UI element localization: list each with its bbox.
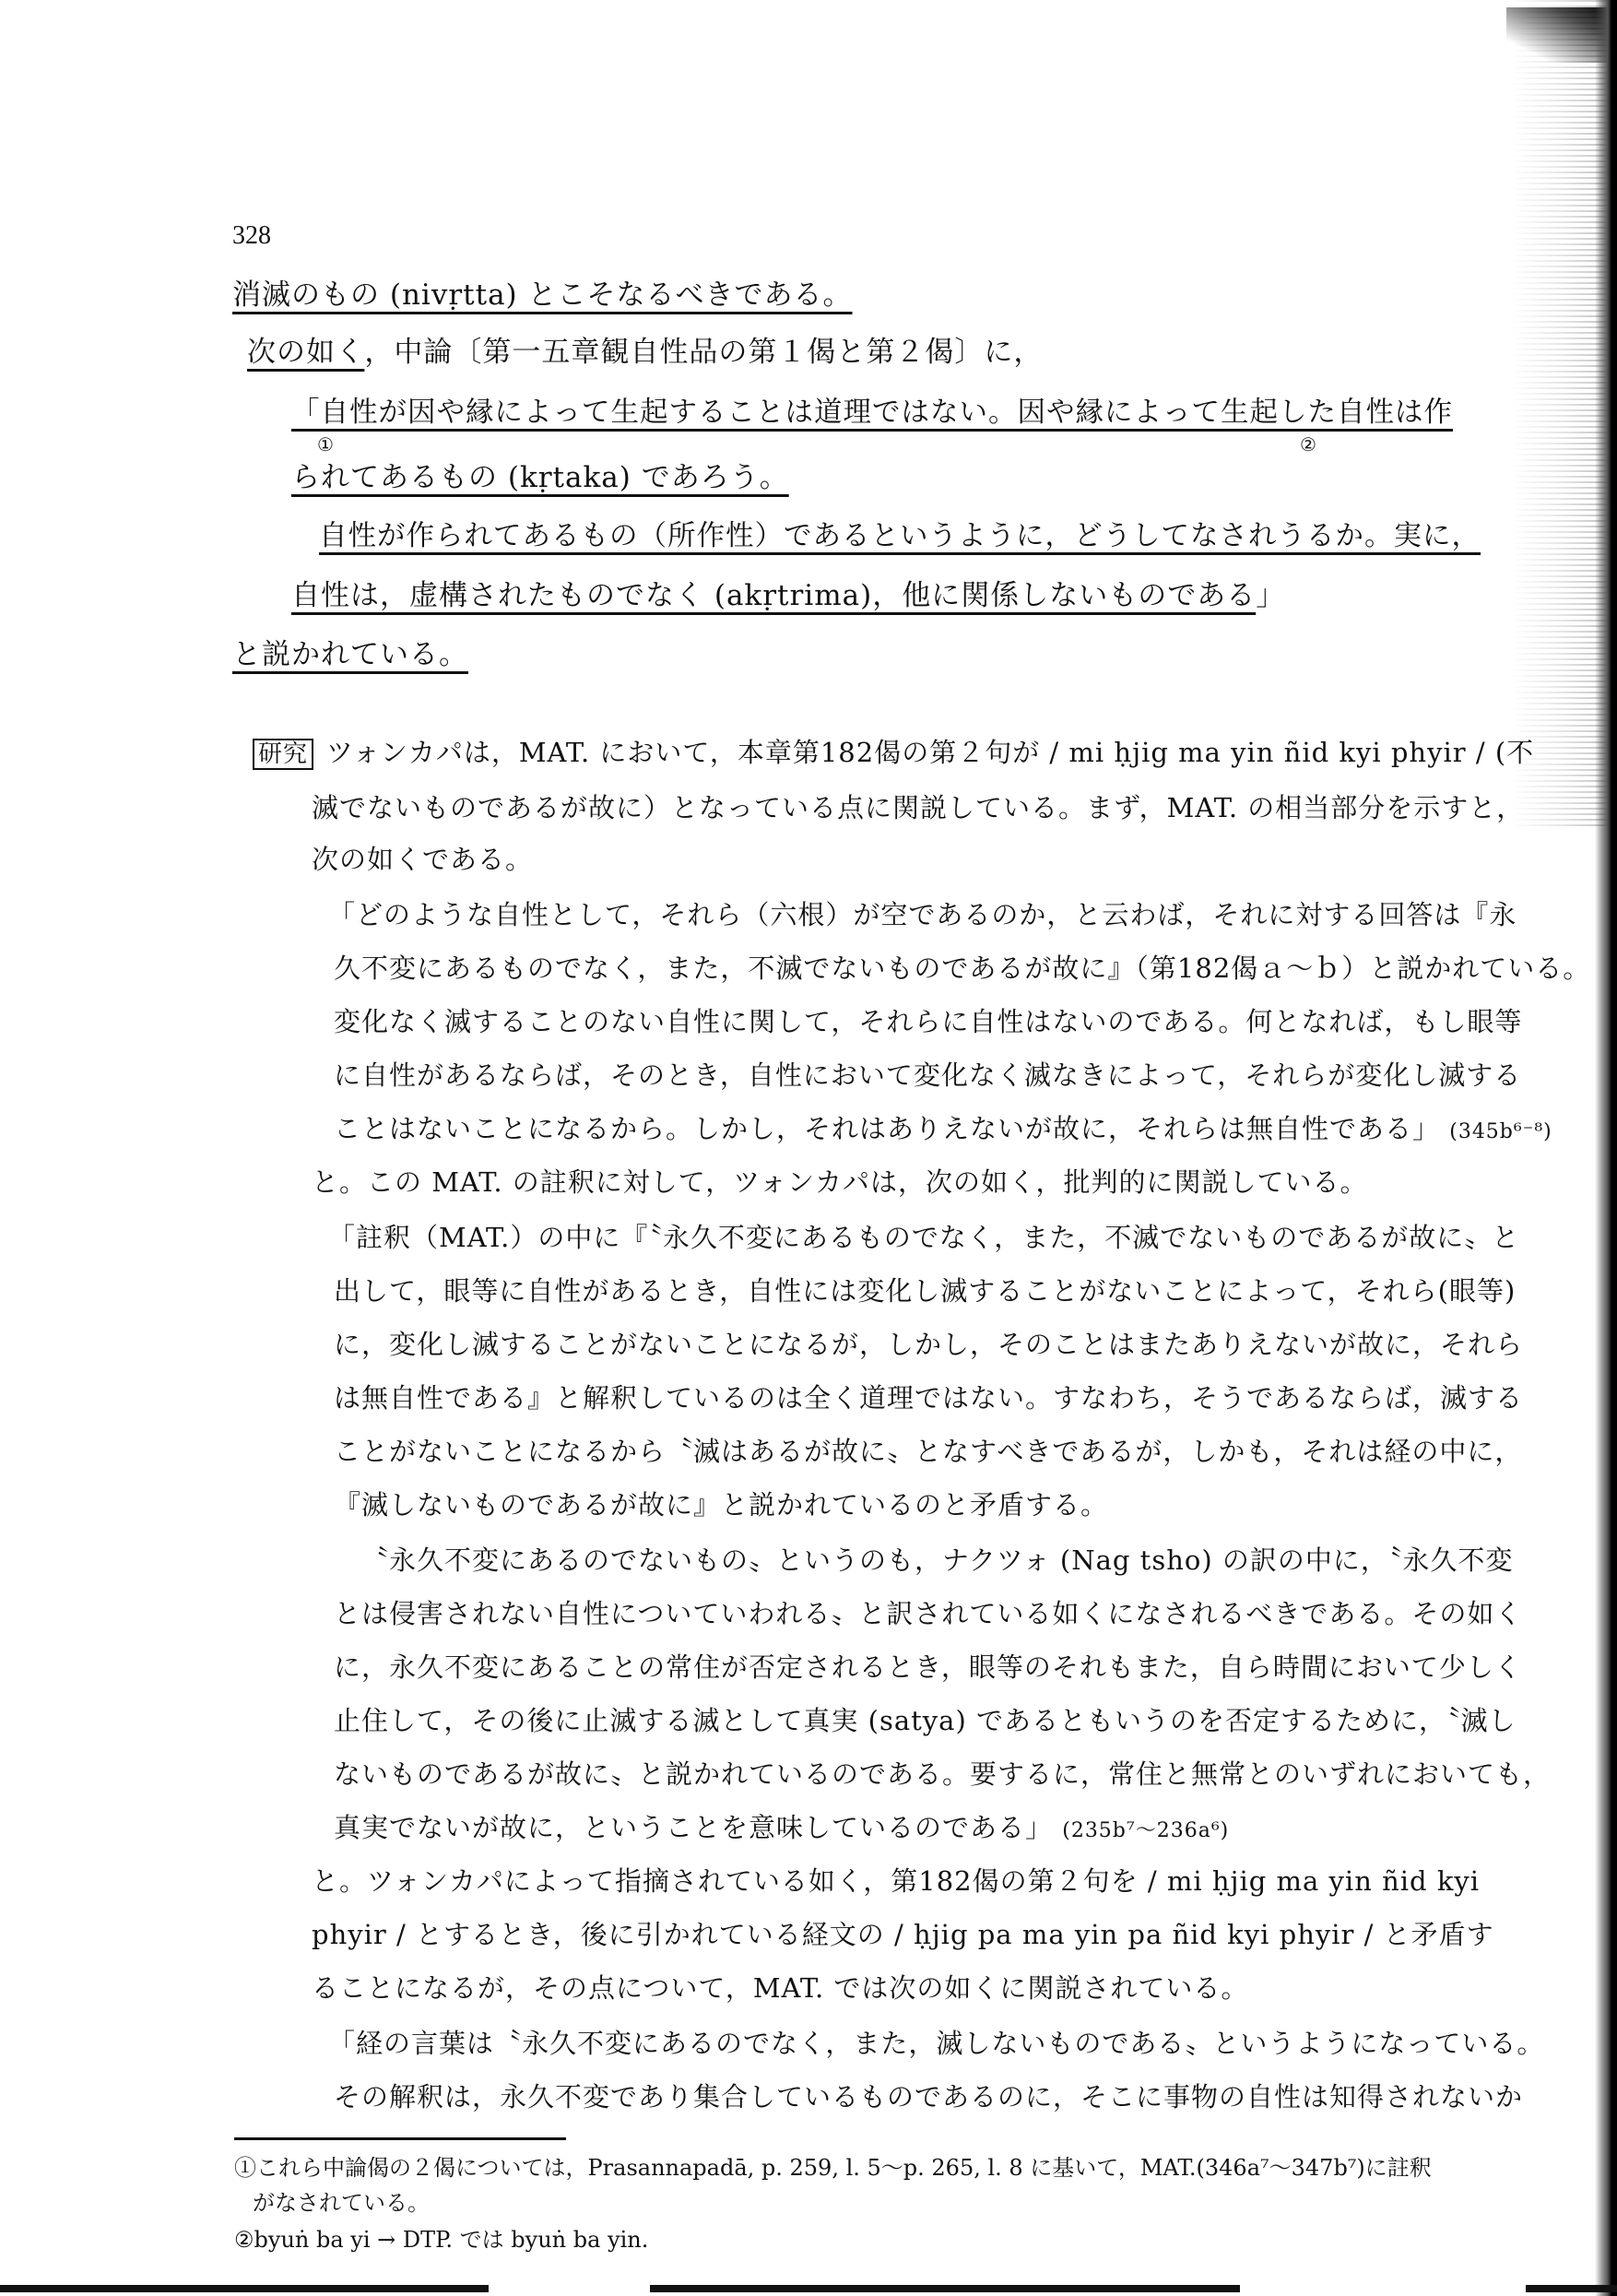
quote-line: 〝永久不変にあるのでないもの〟というのも，ナクツォ (Nag tsho) の訳の…: [361, 1542, 1513, 1579]
quote-line: 「経の言葉は〝永久不変にあるのでなく，また，滅しないものである〟というようになっ…: [328, 2025, 1544, 2062]
quote-line: 「註釈（MAT.）の中に『〝永久不変にあるものでなく，また，不滅でないものである…: [328, 1219, 1519, 1256]
underlined-phrase: 自性は，虚構されたものでなく (akṛtrima)，他に関係しないものである: [291, 579, 1256, 612]
quote-line: 真実でないが故に，ということを意味しているのである」 (235b⁷～236a⁶): [334, 1809, 1229, 1850]
scanned-page: 328 消滅のもの (nivṛtta) とこそなるべきである。 次の如く，中論〔…: [0, 0, 1617, 2296]
quote-line: に自性があるならば，そのとき，自性において変化なく滅なきによって，それらが変化し…: [334, 1057, 1521, 1094]
text-segment: 真実でないが故に，ということを意味しているのである」: [334, 1812, 1053, 1843]
footnote-2: ②byuṅ ba yi → DTP. では byuṅ ba yin.: [234, 2224, 648, 2255]
research-line: phyir / とするとき，後に引かれている経文の / ḥjig pa ma y…: [312, 1916, 1494, 1953]
text-line: 消滅のもの (nivṛtta) とこそなるべきである。: [232, 277, 853, 314]
quote-line: 「自性が因や縁によって生起することは道理ではない。因や縁によって生起した自性は作: [291, 395, 1453, 432]
footnote-marker-1[interactable]: ①: [317, 433, 334, 456]
quote-line: とは侵害されない自性についていわれる〟と訳されている如くになされるべきである。そ…: [334, 1595, 1522, 1632]
text-line: 次の如く，中論〔第一五章観自性品の第１偈と第２偈〕に，: [247, 334, 1043, 371]
quote-line: に，永久不変にあることの常住が否定されるとき，眼等のそれもまた，自ら時間において…: [334, 1649, 1522, 1686]
quote-line: られてあるもの (kṛtaka) であろう。: [291, 459, 789, 496]
research-line: と。この MAT. の註釈に対して，ツォンカパは，次の如く，批判的に関説している…: [312, 1164, 1367, 1201]
footnote-1-cont: がなされている。: [253, 2187, 430, 2219]
research-line: 次の如くである。: [312, 841, 533, 878]
underlined-phrase: 次の如く: [247, 336, 364, 369]
quote-line: 『滅しないものであるが故に』と説かれているのと矛盾する。: [334, 1486, 1108, 1523]
research-line: ることになるが，その点について，MAT. では次の如くに関説されている。: [312, 1970, 1248, 2006]
text-line: と説かれている。: [232, 636, 468, 673]
scan-bottom-edge: [0, 2285, 489, 2292]
research-label-box: 研究: [253, 739, 313, 770]
quote-line: 自性が作られてあるもの（所作性）であるというように，どうしてなされうるか。実に，: [319, 518, 1481, 555]
text-segment: ，中論〔第一五章観自性品の第１偈と第２偈〕に，: [364, 336, 1043, 369]
footnote-marker-2[interactable]: ②: [1300, 433, 1316, 456]
quote-line: その解釈は，永久不変であり集合しているものであるのに，そこに事物の自性は知得され…: [334, 2078, 1523, 2115]
citation-ref: (345b⁶⁻⁸): [1449, 1120, 1552, 1143]
scan-bottom-edge: [1526, 2285, 1617, 2292]
text-segment: 」: [1256, 579, 1285, 612]
footnote-1: ①これら中論偈の２偈については，Prasannapadā, p. 259, l.…: [234, 2152, 1432, 2184]
quote-line: ないものであるが故に〟と説かれているのである。要するに，常住と無常とのいずれにお…: [334, 1756, 1551, 1793]
scan-bottom-edge: [650, 2285, 1240, 2292]
footnote-divider: [234, 2137, 566, 2140]
quote-line: 「どのような自性として，それら（六根）が空であるのか，と云わば，それに対する回答…: [328, 896, 1517, 933]
quote-line: ことがないことになるから〝滅はあるが故に〟となすべきであるが，しかも，それは経の…: [334, 1433, 1522, 1470]
quote-line: 出して，眼等に自性があるとき，自性には変化し滅することがないことによって，それら…: [334, 1272, 1516, 1309]
quote-line: は無自性である』と解釈しているのは全く道理ではない。すなわち，そうであるならば，…: [334, 1379, 1523, 1416]
quote-line: 久不変にあるものでなく，また，不滅でないものであるが故に』（第182偈ａ～ｂ）と…: [334, 950, 1590, 987]
quote-line: 変化なく滅することのない自性に関して，それらに自性はないのである。何となれば，も…: [334, 1003, 1522, 1040]
research-line: 研究ツォンカパは，MAT. において，本章第182偈の第２句が / mi ḥji…: [253, 734, 1534, 771]
citation-ref: (235b⁷～236a⁶): [1062, 1819, 1229, 1842]
research-line: 滅でないものであるが故に）となっている点に関説している。まず，MAT. の相当部…: [312, 789, 1524, 826]
quote-line: 止住して，その後に止滅する滅として真実 (satya) であるともいうのを否定す…: [334, 1702, 1517, 1739]
quote-line: に，変化し滅することがないことになるが，しかし，そのことはまたありえないが故に，…: [334, 1326, 1523, 1363]
quote-line: ことはないことになるから。しかし，それはありえないが故に，それらは無自性である」…: [334, 1110, 1552, 1151]
page-number: 328: [232, 221, 271, 251]
scan-right-edge: [1595, 0, 1617, 2296]
text-segment: ことはないことになるから。しかし，それはありえないが故に，それらは無自性である」: [334, 1113, 1440, 1144]
research-line: と。ツォンカパによって指摘されている如く，第182偈の第２句を / mi ḥji…: [312, 1863, 1480, 1900]
quote-line: 自性は，虚構されたものでなく (akṛtrima)，他に関係しないものである」: [291, 577, 1285, 614]
text-segment: ツォンカパは，MAT. において，本章第182偈の第２句が / mi ḥjig …: [326, 737, 1534, 768]
